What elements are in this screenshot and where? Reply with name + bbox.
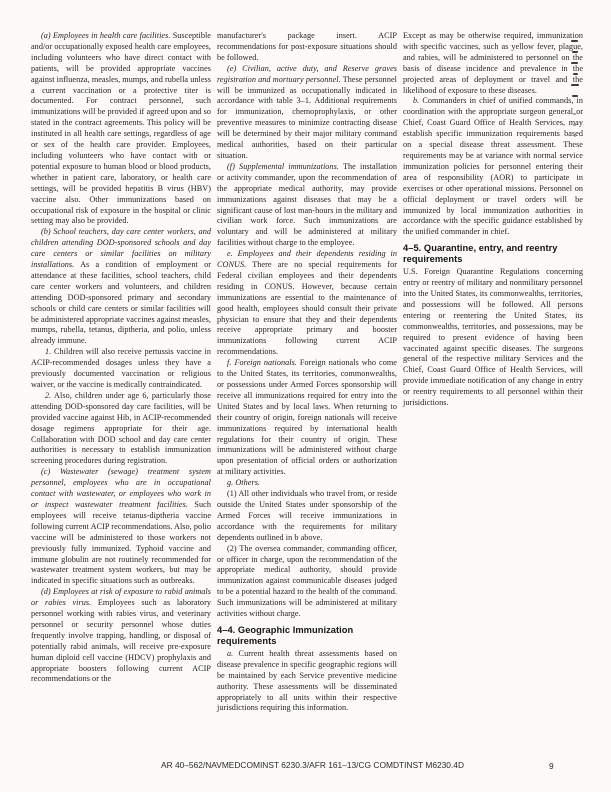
section-heading: 4–4. Geographic Immunization requirement… [217, 625, 397, 647]
scan-artifact-ink-bleed [572, 51, 578, 53]
paragraph: (a) Employees in health care facilities.… [31, 31, 211, 227]
section-heading: 4–5. Quarantine, entry, and reentry requ… [403, 243, 583, 265]
document-page: (a) Employees in health care facilities.… [0, 0, 611, 792]
paragraph-lead: g. Others. [227, 478, 260, 487]
paragraph: (e) Civilian, active duty, and Reserve g… [217, 64, 397, 162]
paragraph-lead: (e) Civilian, active duty, and Reserve g… [217, 64, 397, 84]
paragraph: f. Foreign nationals. Foreign nationals … [217, 358, 397, 478]
paragraph: g. Others. [217, 478, 397, 489]
paragraph: (1) All other individuals who travel fro… [217, 489, 397, 544]
paragraph: manufacturer's package insert. ACIP reco… [217, 31, 397, 64]
paragraph-lead: 2. [45, 391, 51, 400]
paragraph: e. Employees and their dependents residi… [217, 249, 397, 358]
paragraph: 1. Children will also receive pertussis … [31, 347, 211, 391]
scan-artifact-ink-bleed [573, 73, 578, 75]
paragraph: a. Current health threat assessments bas… [217, 649, 397, 714]
scan-artifact-ink-bleed [572, 95, 578, 97]
paragraph-lead: a. [227, 649, 233, 658]
text-columns: (a) Employees in health care facilities.… [31, 31, 583, 714]
footer-docline: AR 40–562/NAVMEDCOMINST 6230.3/AFR 161–1… [0, 760, 611, 770]
scan-artifact-ink-bleed [571, 40, 578, 42]
paragraph-lead: (b) School teachers, day care center wor… [31, 227, 211, 269]
paragraph: U.S. Foreign Quarantine Regulations conc… [403, 267, 583, 409]
paragraph: (b) School teachers, day care center wor… [31, 227, 211, 347]
column-left: (a) Employees in health care facilities.… [31, 31, 211, 714]
column-middle: manufacturer's package insert. ACIP reco… [217, 31, 397, 714]
paragraph-lead: (a) Employees in health care facilities. [41, 31, 170, 40]
scan-artifact-ink-bleed [571, 62, 578, 64]
column-right: Except as may be otherwise required, imm… [403, 31, 583, 714]
paragraph-lead: (c) Wastewater (sewage) treatment system… [31, 467, 211, 509]
scan-artifact-ink-bleed [571, 84, 579, 86]
paragraph: (c) Wastewater (sewage) treatment system… [31, 467, 211, 587]
paragraph: (f) Supplemental immunizations. The inst… [217, 162, 397, 249]
paragraph: (d) Employees at risk of exposure to rab… [31, 587, 211, 685]
paragraph-lead: b. [413, 96, 419, 105]
paragraph-lead: f. Foreign nationals. [227, 358, 297, 367]
scan-artifact-ink-bleed [573, 124, 576, 126]
paragraph-lead: (f) Supplemental immunizations. [227, 162, 339, 171]
page-number: 9 [549, 761, 554, 771]
paragraph: Except as may be otherwise required, imm… [403, 31, 583, 96]
scan-artifact-ink-bleed [573, 113, 576, 115]
paragraph-lead: e. Employees and their dependents residi… [217, 249, 397, 269]
paragraph: 2. Also, children under age 6, particula… [31, 391, 211, 467]
paragraph: (2) The oversea commander, commanding of… [217, 544, 397, 620]
paragraph-lead: 1. [45, 347, 51, 356]
paragraph-lead: (d) Employees at risk of exposure to rab… [31, 587, 211, 607]
scan-artifact-ink-bleed [574, 135, 576, 137]
paragraph: b. Commanders in chief of unified comman… [403, 96, 583, 238]
page-footer: AR 40–562/NAVMEDCOMINST 6230.3/AFR 161–1… [0, 760, 611, 770]
